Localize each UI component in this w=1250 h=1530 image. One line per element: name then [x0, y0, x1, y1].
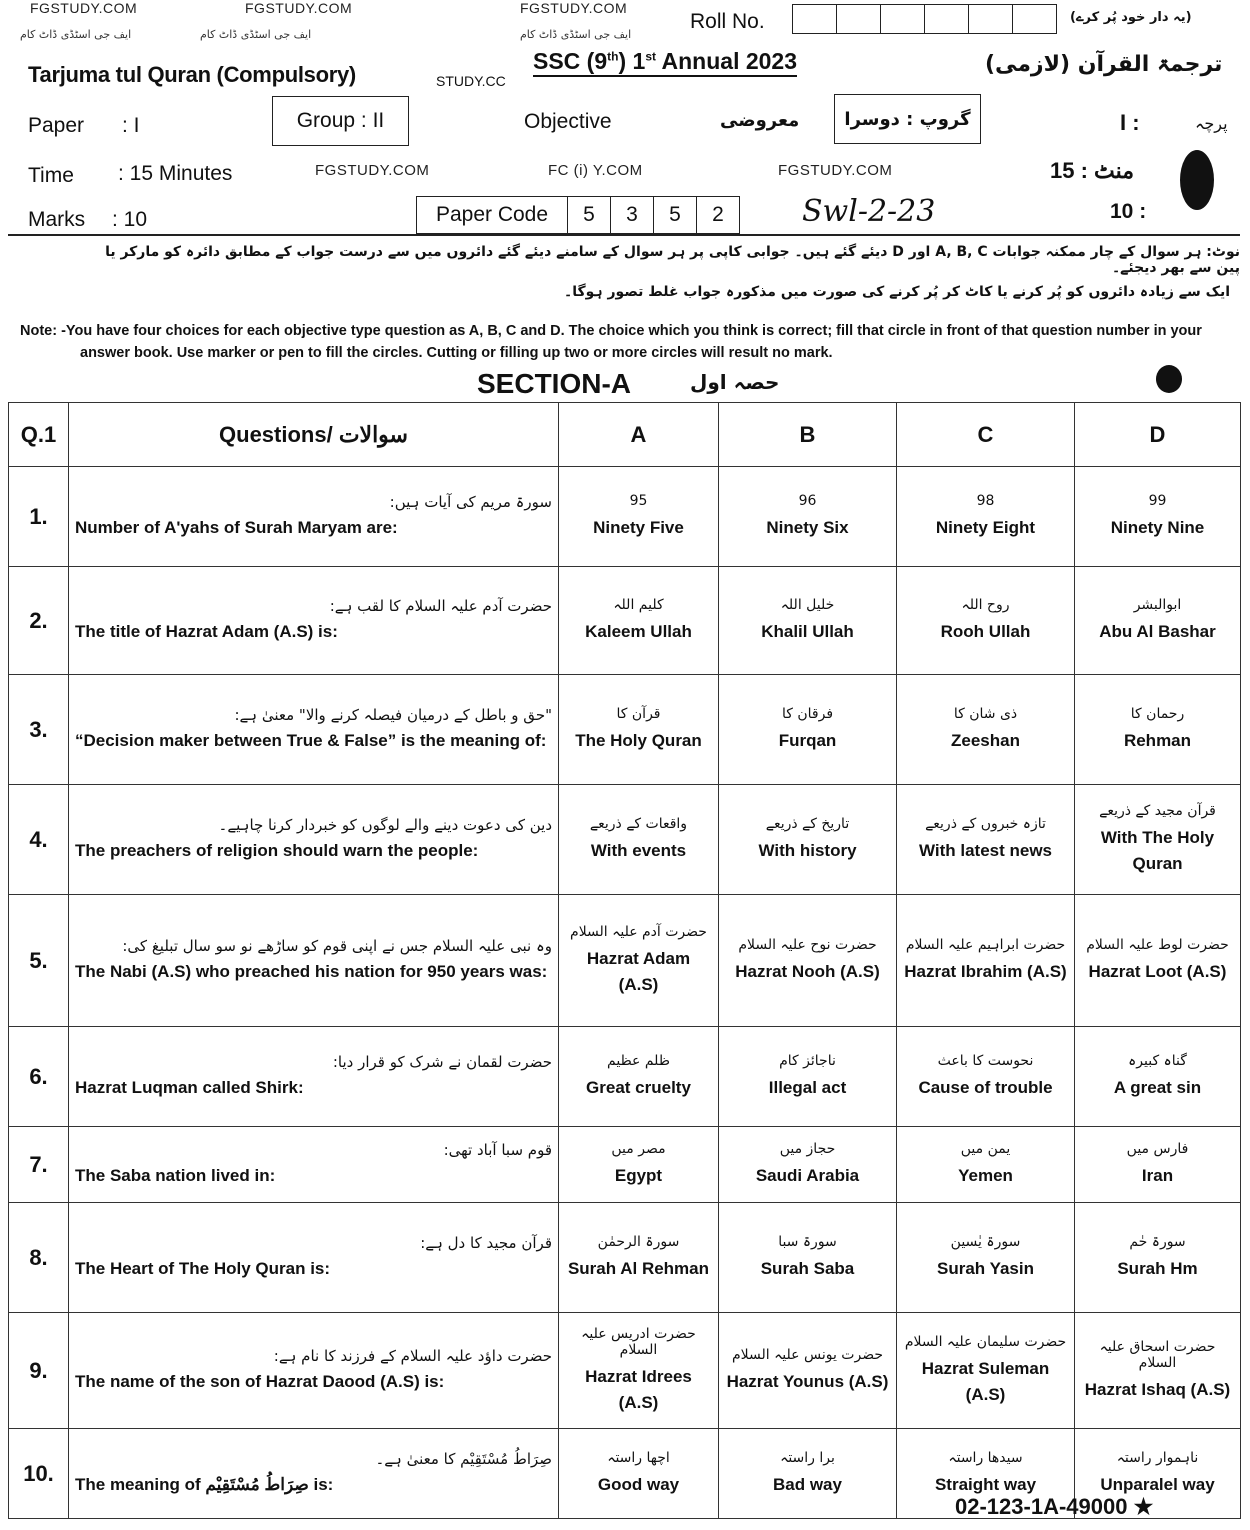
option-a: اچھا راستہGood way — [559, 1429, 719, 1519]
option-urdu: 99 — [1081, 493, 1234, 509]
question-urdu: "حق و باطل کے درمیان فیصلہ کرنے والا" مع… — [75, 706, 552, 724]
option-urdu: حضرت نوح علیہ السلام — [725, 937, 890, 953]
note-urdu-2: ایک سے زیادہ دائروں کو پُر کرنے یا کاٹ ک… — [520, 284, 1230, 300]
question-urdu: وہ نبی علیہ السلام جس نے اپنی قوم کو ساڑ… — [75, 937, 552, 955]
paper-code-box: Paper Code 5 3 5 2 — [416, 196, 740, 234]
marks-label: Marks — [28, 208, 85, 232]
option-b: فرقان کاFurqan — [719, 675, 897, 785]
question-english: Number of A'yahs of Surah Maryam are: — [75, 515, 552, 541]
option-english: Khalil Ullah — [725, 619, 890, 645]
option-urdu: نحوست کا باعث — [903, 1053, 1068, 1069]
option-urdu: روح اللہ — [903, 597, 1068, 613]
option-d: سورۃ حٰمSurah Hm — [1075, 1203, 1241, 1313]
paper-code-label: Paper Code — [417, 197, 568, 233]
roll-number-note: (یہ دار خود پُر کرے) — [1070, 10, 1192, 25]
option-english: Yemen — [903, 1163, 1068, 1189]
question-text: دین کی دعوت دینے والے لوگوں کو خبردار کر… — [69, 785, 559, 895]
option-english: Zeeshan — [903, 728, 1068, 754]
paper-code-digit: 2 — [697, 197, 739, 233]
question-text: صِرَاطُ مُسْتَقِیْم کا معنیٰ ہے۔The mean… — [69, 1429, 559, 1519]
marks-value: : 10 — [112, 208, 147, 232]
option-urdu: ذی شان کا — [903, 706, 1068, 722]
option-c: یمن میںYemen — [897, 1127, 1075, 1203]
roll-number-input[interactable] — [792, 4, 1057, 34]
objective-label: Objective — [524, 110, 612, 134]
option-english: Hazrat Nooh (A.S) — [725, 959, 890, 985]
header-option-d: D — [1075, 403, 1241, 467]
option-c: نحوست کا باعثCause of trouble — [897, 1027, 1075, 1127]
option-urdu: سورۃ یٰسین — [903, 1234, 1068, 1250]
question-number: 9. — [9, 1313, 69, 1429]
watermark: FGSTUDY.COM — [778, 162, 892, 179]
option-english: Hazrat Younus (A.S) — [725, 1369, 890, 1395]
question-english: The Nabi (A.S) who preached his nation f… — [75, 959, 552, 985]
question-row: 3."حق و باطل کے درمیان فیصلہ کرنے والا" … — [9, 675, 1241, 785]
option-urdu: تازہ خبروں کے ذریعے — [903, 816, 1068, 832]
option-english: Hazrat Idrees (A.S) — [565, 1364, 712, 1416]
question-text: حضرت داؤد علیہ السلام کے فرزند کا نام ہے… — [69, 1313, 559, 1429]
question-english: Hazrat Luqman called Shirk: — [75, 1075, 552, 1101]
option-urdu: ناہموار راستہ — [1081, 1450, 1234, 1466]
option-b: حجاز میںSaudi Arabia — [719, 1127, 897, 1203]
option-b: ناجائز کامIllegal act — [719, 1027, 897, 1127]
subject-title: Tarjuma tul Quran (Compulsory) — [28, 62, 356, 88]
objective-label-urdu: معروضی — [720, 110, 799, 131]
roll-number-label: Roll No. — [690, 10, 765, 34]
option-english: Good way — [565, 1472, 712, 1498]
option-english: Illegal act — [725, 1075, 890, 1101]
questions-table: Q.1 Questions/ سوالات A B C D 1.سورۃ مری… — [8, 402, 1241, 1519]
question-number: 3. — [9, 675, 69, 785]
group-box-urdu: گروپ : دوسرا — [834, 94, 981, 144]
question-row: 6.حضرت لقمان نے شرک کو قرار دیا:Hazrat L… — [9, 1027, 1241, 1127]
watermark: FGSTUDY.COM — [520, 0, 627, 16]
question-urdu: صِرَاطُ مُسْتَقِیْم کا معنیٰ ہے۔ — [75, 1450, 552, 1468]
option-urdu: حضرت لوط علیہ السلام — [1081, 937, 1234, 953]
watermark-urdu: ایف جی اسٹڈی ڈاٹ کام — [200, 28, 311, 41]
question-row: 1.سورۃ مریم کی آیات ہیں:Number of A'yahs… — [9, 467, 1241, 567]
option-b: 96Ninety Six — [719, 467, 897, 567]
option-urdu: ابوالبشر — [1081, 597, 1234, 613]
option-english: Egypt — [565, 1163, 712, 1189]
option-urdu: سیدھا راستہ — [903, 1450, 1068, 1466]
table-header-row: Q.1 Questions/ سوالات A B C D — [9, 403, 1241, 467]
divider — [8, 234, 1240, 236]
marks-value-urdu: 10 : — [1110, 200, 1146, 224]
option-urdu: فرقان کا — [725, 706, 890, 722]
option-urdu: قرآن کا — [565, 706, 712, 722]
watermark: FGSTUDY.COM — [30, 0, 137, 16]
watermark-urdu: ایف جی اسٹڈی ڈاٹ کام — [520, 28, 631, 41]
question-english: “Decision maker between True & False” is… — [75, 728, 552, 754]
option-a: ظلم عظیمGreat cruelty — [559, 1027, 719, 1127]
question-text: حضرت لقمان نے شرک کو قرار دیا:Hazrat Luq… — [69, 1027, 559, 1127]
option-d: فارس میںIran — [1075, 1127, 1241, 1203]
option-english: Rooh Ullah — [903, 619, 1068, 645]
group-box: Group : II — [272, 96, 409, 146]
time-value-urdu: 15 : منٹ — [1050, 158, 1134, 184]
group-en: Group : II — [297, 109, 385, 133]
option-d: قرآن مجید کے ذریعےWith The Holy Quran — [1075, 785, 1241, 895]
option-urdu: 96 — [725, 493, 890, 509]
option-b: تاریخ کے ذریعےWith history — [719, 785, 897, 895]
option-d: حضرت اسحاق علیہ السلامHazrat Ishaq (A.S) — [1075, 1313, 1241, 1429]
option-a: قرآن کاThe Holy Quran — [559, 675, 719, 785]
question-row: 4.دین کی دعوت دینے والے لوگوں کو خبردار … — [9, 785, 1241, 895]
option-urdu: کلیم اللہ — [565, 597, 712, 613]
watermark: FGSTUDY.COM — [315, 162, 429, 179]
option-a: کلیم اللہKaleem Ullah — [559, 567, 719, 675]
option-english: Surah Saba — [725, 1256, 890, 1282]
time-value: : 15 Minutes — [118, 162, 232, 186]
option-urdu: برا راستہ — [725, 1450, 890, 1466]
question-number: 2. — [9, 567, 69, 675]
option-a: سورۃ الرحمٰنSurah Al Rehman — [559, 1203, 719, 1313]
option-a: واقعات کے ذریعےWith events — [559, 785, 719, 895]
question-row: 8.قرآن مجید کا دل ہے:The Heart of The Ho… — [9, 1203, 1241, 1313]
question-row: 5.وہ نبی علیہ السلام جس نے اپنی قوم کو س… — [9, 895, 1241, 1027]
option-english: Ninety Eight — [903, 515, 1068, 541]
option-english: Hazrat Suleman (A.S) — [903, 1356, 1068, 1408]
question-urdu: دین کی دعوت دینے والے لوگوں کو خبردار کر… — [75, 816, 552, 834]
subject-title-urdu: ترجمۃ القرآن (لازمی) — [985, 52, 1222, 77]
option-english: Ninety Five — [565, 515, 712, 541]
option-b: حضرت یونس علیہ السلامHazrat Younus (A.S) — [719, 1313, 897, 1429]
option-urdu: سورۃ حٰم — [1081, 1234, 1234, 1250]
option-urdu: ظلم عظیم — [565, 1053, 712, 1069]
question-urdu: سورۃ مریم کی آیات ہیں: — [75, 493, 552, 511]
option-urdu: گناہ کبیرہ — [1081, 1053, 1234, 1069]
question-text: سورۃ مریم کی آیات ہیں:Number of A'yahs o… — [69, 467, 559, 567]
option-urdu: حضرت ابراہیم علیہ السلام — [903, 937, 1068, 953]
option-english: A great sin — [1081, 1075, 1234, 1101]
option-english: Ninety Nine — [1081, 515, 1234, 541]
header-questions: Questions/ سوالات — [69, 403, 559, 467]
option-english: With The Holy Quran — [1081, 825, 1234, 877]
question-english: The preachers of religion should warn th… — [75, 838, 552, 864]
option-urdu: سورۃ سبا — [725, 1234, 890, 1250]
option-urdu: حضرت یونس علیہ السلام — [725, 1347, 890, 1363]
option-a: حضرت آدم علیہ السلامHazrat Adam (A.S) — [559, 895, 719, 1027]
option-b: خلیل اللہKhalil Ullah — [719, 567, 897, 675]
option-english: Rehman — [1081, 728, 1234, 754]
watermark: STUDY.CC — [436, 73, 506, 89]
paper-label-urdu: پرچہ — [1195, 114, 1228, 133]
option-c: 98Ninety Eight — [897, 467, 1075, 567]
option-urdu: حضرت آدم علیہ السلام — [565, 924, 712, 940]
ink-blot — [1156, 365, 1182, 393]
option-english: Kaleem Ullah — [565, 619, 712, 645]
paper-code-digit: 3 — [611, 197, 654, 233]
question-number: 10. — [9, 1429, 69, 1519]
option-urdu: اچھا راستہ — [565, 1450, 712, 1466]
handwritten-code: Swl-2-23 — [802, 194, 935, 229]
watermark-urdu: ایف جی اسٹڈی ڈاٹ کام — [20, 28, 131, 41]
option-a: 95Ninety Five — [559, 467, 719, 567]
option-english: With latest news — [903, 838, 1068, 864]
watermark: FC (i) Y.COM — [548, 162, 643, 179]
option-a: حضرت ادریس علیہ السلامHazrat Idrees (A.S… — [559, 1313, 719, 1429]
option-english: Surah Yasin — [903, 1256, 1068, 1282]
header-option-c: C — [897, 403, 1075, 467]
option-b: سورۃ سباSurah Saba — [719, 1203, 897, 1313]
option-english: Cause of trouble — [903, 1075, 1068, 1101]
option-c: ذی شان کاZeeshan — [897, 675, 1075, 785]
option-english: Great cruelty — [565, 1075, 712, 1101]
option-urdu: یمن میں — [903, 1141, 1068, 1157]
question-row: 9.حضرت داؤد علیہ السلام کے فرزند کا نام … — [9, 1313, 1241, 1429]
option-english: The Holy Quran — [565, 728, 712, 754]
option-urdu: قرآن مجید کے ذریعے — [1081, 803, 1234, 819]
option-c: حضرت سلیمان علیہ السلامHazrat Suleman (A… — [897, 1313, 1075, 1429]
option-d: ابوالبشرAbu Al Bashar — [1075, 567, 1241, 675]
header-qno: Q.1 — [9, 403, 69, 467]
note-english: Note: -You have four choices for each ob… — [20, 320, 1235, 364]
option-urdu: سورۃ الرحمٰن — [565, 1234, 712, 1250]
option-english: Saudi Arabia — [725, 1163, 890, 1189]
option-urdu: حضرت اسحاق علیہ السلام — [1081, 1339, 1234, 1371]
option-english: Surah Hm — [1081, 1256, 1234, 1282]
watermark: FGSTUDY.COM — [245, 0, 352, 16]
question-number: 5. — [9, 895, 69, 1027]
option-urdu: فارس میں — [1081, 1141, 1234, 1157]
option-urdu: 95 — [565, 493, 712, 509]
option-d: گناہ کبیرہA great sin — [1075, 1027, 1241, 1127]
question-urdu: قرآن مجید کا دل ہے: — [75, 1234, 552, 1252]
question-text: وہ نبی علیہ السلام جس نے اپنی قوم کو ساڑ… — [69, 895, 559, 1027]
option-a: مصر میںEgypt — [559, 1127, 719, 1203]
option-english: With history — [725, 838, 890, 864]
option-d: 99Ninety Nine — [1075, 467, 1241, 567]
option-urdu: مصر میں — [565, 1141, 712, 1157]
option-urdu: ناجائز کام — [725, 1053, 890, 1069]
option-c: تازہ خبروں کے ذریعےWith latest news — [897, 785, 1075, 895]
option-english: Abu Al Bashar — [1081, 619, 1234, 645]
question-text: قرآن مجید کا دل ہے:The Heart of The Holy… — [69, 1203, 559, 1313]
footer-code: 02-123-1A-49000 ★ — [955, 1494, 1153, 1520]
question-urdu: حضرت لقمان نے شرک کو قرار دیا: — [75, 1053, 552, 1071]
option-urdu: تاریخ کے ذریعے — [725, 816, 890, 832]
option-urdu: رحمان کا — [1081, 706, 1234, 722]
question-urdu: حضرت آدم علیہ السلام کا لقب ہے: — [75, 597, 552, 615]
option-c: روح اللہRooh Ullah — [897, 567, 1075, 675]
question-english: The meaning of صِرَاطُ مُسْتَقِیْم is: — [75, 1472, 552, 1498]
question-text: "حق و باطل کے درمیان فیصلہ کرنے والا" مع… — [69, 675, 559, 785]
option-d: رحمان کاRehman — [1075, 675, 1241, 785]
option-english: Bad way — [725, 1472, 890, 1498]
option-b: برا راستہBad way — [719, 1429, 897, 1519]
option-english: Hazrat Loot (A.S) — [1081, 959, 1234, 985]
question-english: The title of Hazrat Adam (A.S) is: — [75, 619, 552, 645]
option-english: Iran — [1081, 1163, 1234, 1189]
section-title: SECTION-A — [477, 368, 631, 400]
question-urdu: حضرت داؤد علیہ السلام کے فرزند کا نام ہے… — [75, 1347, 552, 1365]
question-urdu: قوم سبا آباد تھی: — [75, 1141, 552, 1159]
time-label: Time — [28, 164, 74, 188]
option-english: Furqan — [725, 728, 890, 754]
question-english: The name of the son of Hazrat Daood (A.S… — [75, 1369, 552, 1395]
option-english: Ninety Six — [725, 515, 890, 541]
option-english: Hazrat Ibrahim (A.S) — [903, 959, 1068, 985]
header-option-a: A — [559, 403, 719, 467]
note-urdu-1: نوٹ: ہر سوال کے چار ممکنہ جوابات A, B, C… — [90, 244, 1240, 276]
paper-value: : I — [122, 114, 140, 138]
option-c: حضرت ابراہیم علیہ السلامHazrat Ibrahim (… — [897, 895, 1075, 1027]
header-option-b: B — [719, 403, 897, 467]
question-number: 1. — [9, 467, 69, 567]
option-b: حضرت نوح علیہ السلامHazrat Nooh (A.S) — [719, 895, 897, 1027]
paper-value-urdu: I : — [1120, 110, 1140, 136]
option-urdu: حجاز میں — [725, 1141, 890, 1157]
question-row: 2.حضرت آدم علیہ السلام کا لقب ہے:The tit… — [9, 567, 1241, 675]
option-d: حضرت لوط علیہ السلامHazrat Loot (A.S) — [1075, 895, 1241, 1027]
option-english: Hazrat Adam (A.S) — [565, 946, 712, 998]
question-text: حضرت آدم علیہ السلام کا لقب ہے:The title… — [69, 567, 559, 675]
question-number: 4. — [9, 785, 69, 895]
paper-code-digit: 5 — [654, 197, 697, 233]
question-number: 7. — [9, 1127, 69, 1203]
option-c: سورۃ یٰسینSurah Yasin — [897, 1203, 1075, 1313]
option-english: With events — [565, 838, 712, 864]
option-urdu: 98 — [903, 493, 1068, 509]
option-urdu: خلیل اللہ — [725, 597, 890, 613]
option-urdu: حضرت سلیمان علیہ السلام — [903, 1334, 1068, 1350]
question-number: 6. — [9, 1027, 69, 1127]
option-english: Surah Al Rehman — [565, 1256, 712, 1282]
question-number: 8. — [9, 1203, 69, 1313]
option-english: Hazrat Ishaq (A.S) — [1081, 1377, 1234, 1403]
exam-title: SSC (9th) 1st Annual 2023 — [533, 48, 797, 77]
question-english: The Saba nation lived in: — [75, 1163, 552, 1189]
ink-blot — [1180, 150, 1214, 210]
option-urdu: حضرت ادریس علیہ السلام — [565, 1326, 712, 1358]
paper-code-digit: 5 — [568, 197, 611, 233]
question-row: 7.قوم سبا آباد تھی:The Saba nation lived… — [9, 1127, 1241, 1203]
question-english: The Heart of The Holy Quran is: — [75, 1256, 552, 1282]
paper-label: Paper — [28, 114, 84, 138]
option-urdu: واقعات کے ذریعے — [565, 816, 712, 832]
question-text: قوم سبا آباد تھی:The Saba nation lived i… — [69, 1127, 559, 1203]
section-title-urdu: حصہ اول — [690, 370, 779, 394]
